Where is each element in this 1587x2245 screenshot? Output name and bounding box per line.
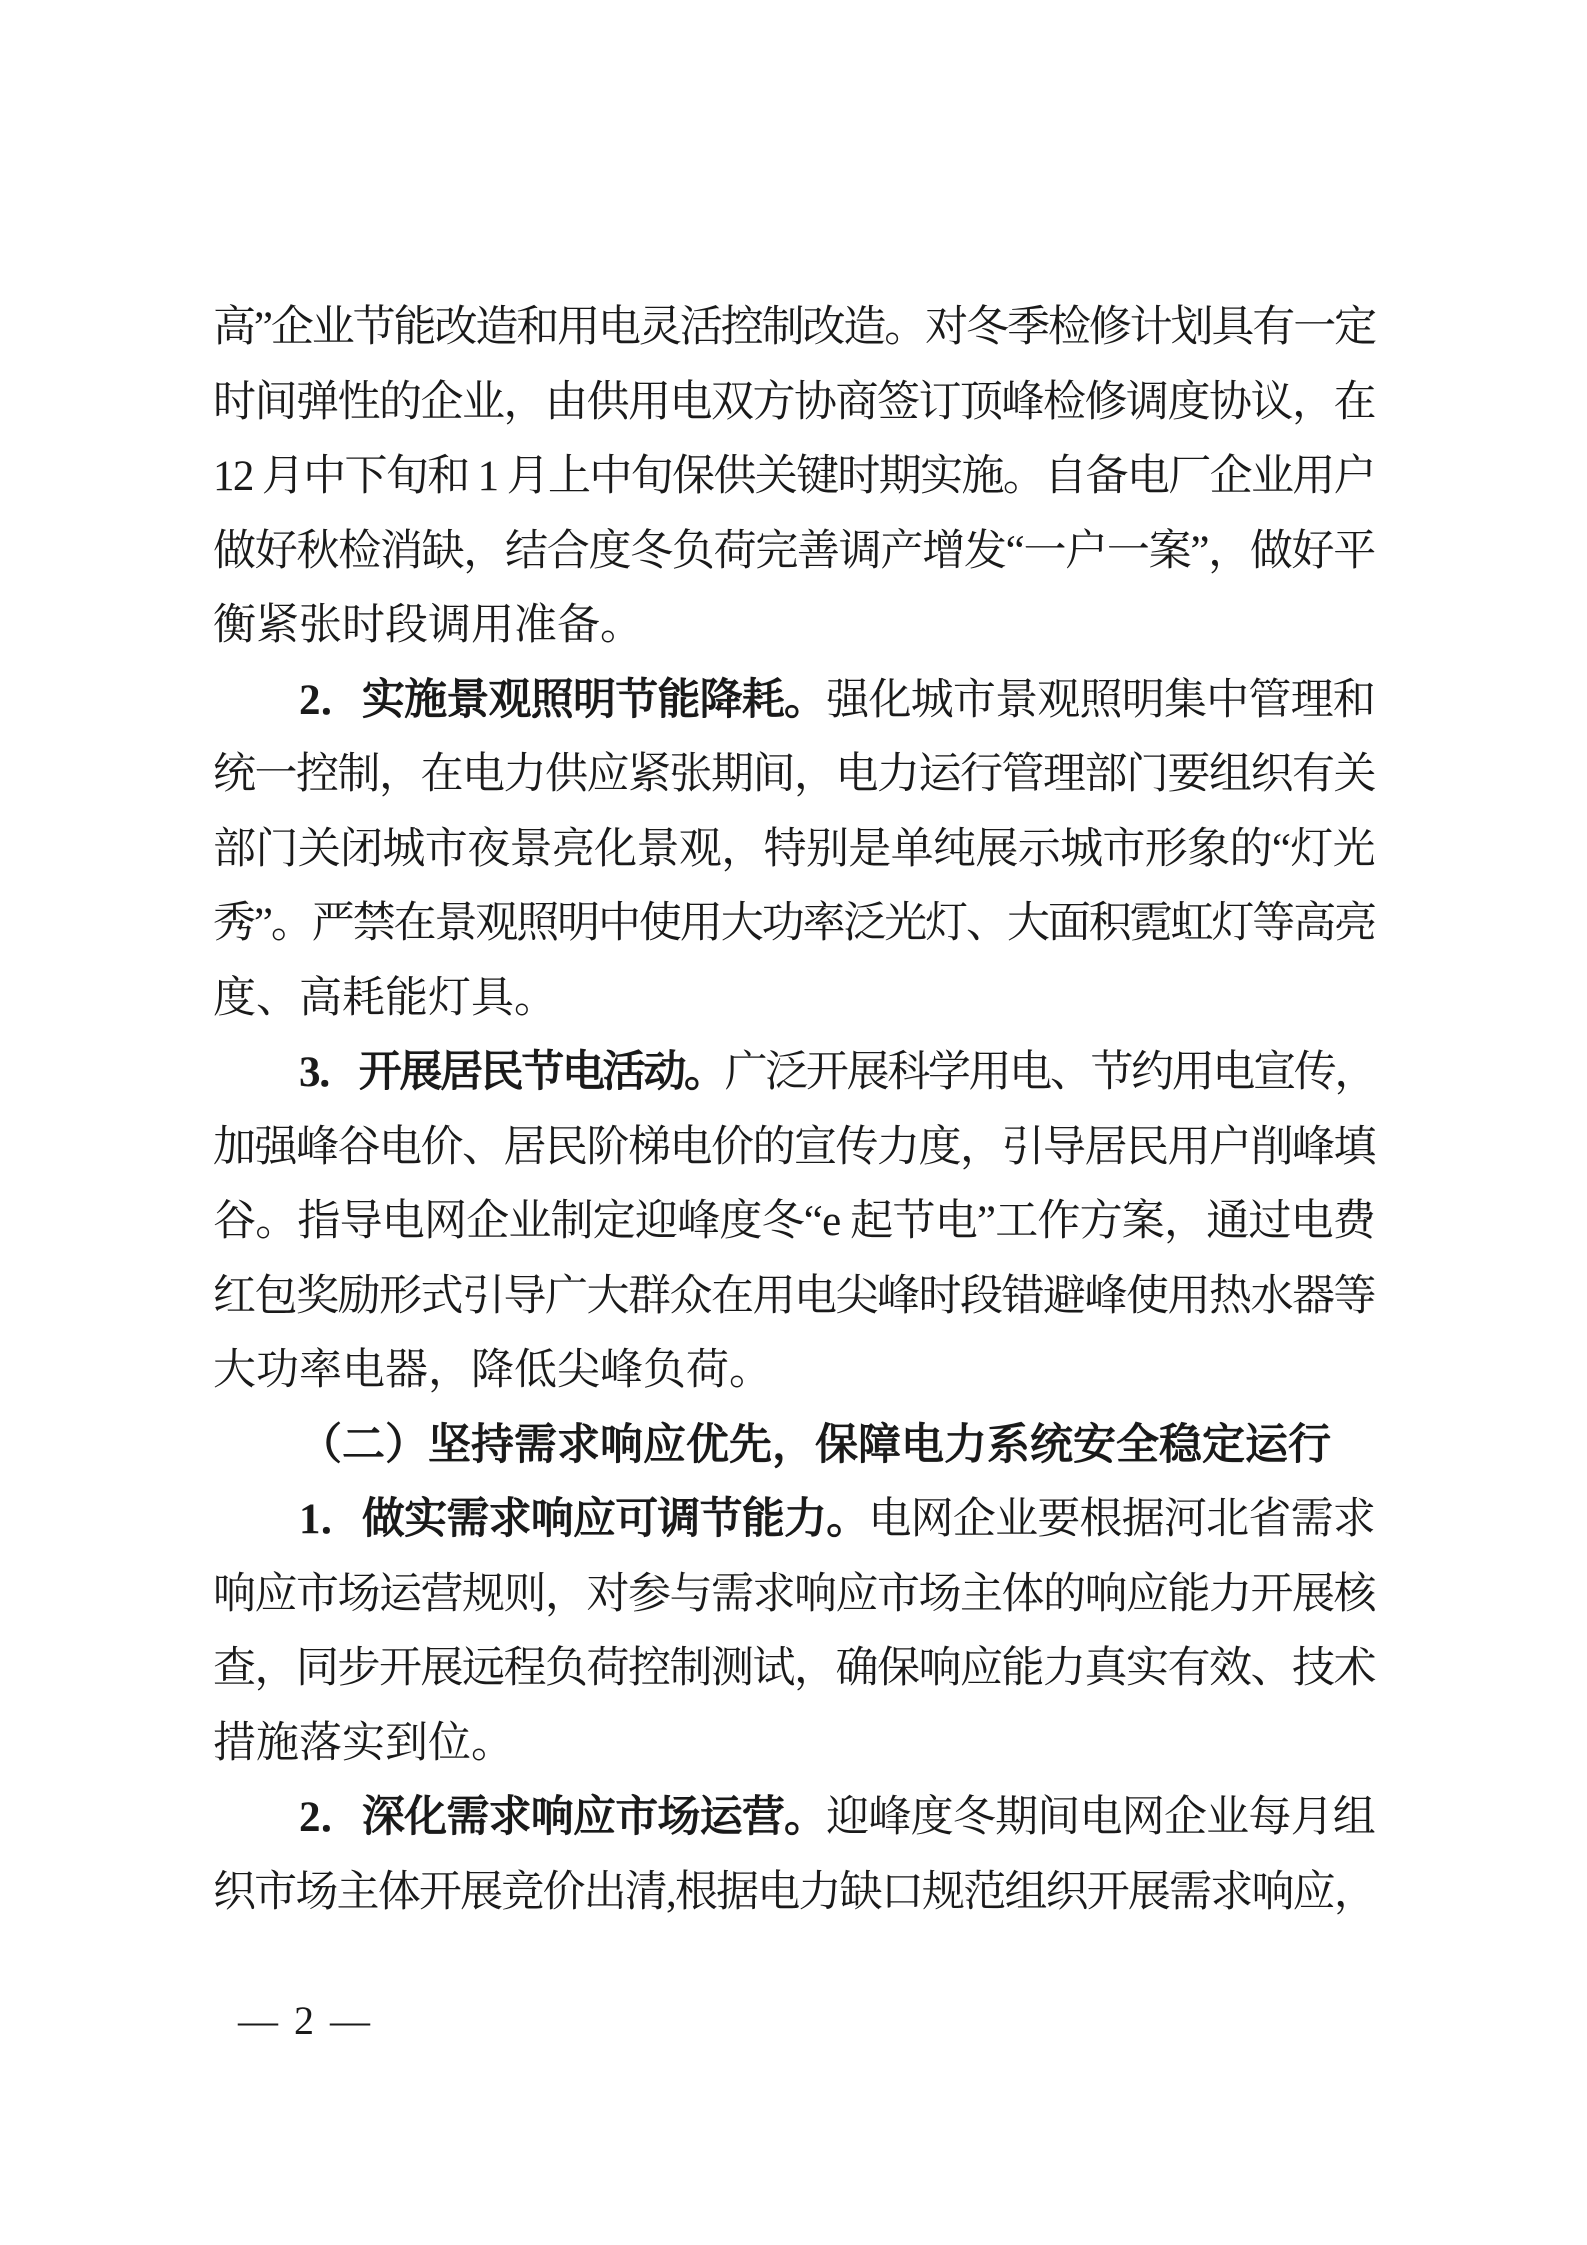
text-line-content: 秀”。严禁在景观照明中使用大功率泛光灯、大面积霓虹灯等高亮 bbox=[213, 887, 1375, 962]
paragraph: 3．开展居民节电活动。广泛开展科学用电、节约用电宣传，加强峰谷电价、居民阶梯电价… bbox=[213, 1036, 1375, 1409]
text-line-content: 2．实施景观照明节能降耗。强化城市景观照明集中管理和 bbox=[213, 664, 1375, 739]
text-line: 加强峰谷电价、居民阶梯电价的宣传力度，引导居民用户削峰填 bbox=[213, 1111, 1375, 1186]
text-run: 红包奖励形式引导广大群众在用电尖峰时段错避峰使用热水器等 bbox=[213, 1273, 1375, 1320]
text-line-content: 加强峰谷电价、居民阶梯电价的宣传力度，引导居民用户削峰填 bbox=[213, 1111, 1375, 1186]
text-run: 织市场主体开展竞价出清,根据电力缺口规范组织开展需求响应， bbox=[213, 1869, 1375, 1916]
text-line: 3．开展居民节电活动。广泛开展科学用电、节约用电宣传， bbox=[213, 1036, 1375, 1111]
text-run: 加强峰谷电价、居民阶梯电价的宣传力度，引导居民用户削峰填 bbox=[213, 1124, 1375, 1171]
text-line: 时间弹性的企业，由供用电双方协商签订顶峰检修调度协议，在 bbox=[213, 366, 1375, 441]
text-line: 响应市场运营规则，对参与需求响应市场主体的响应能力开展核 bbox=[213, 1558, 1375, 1633]
text-run: 统一控制，在电力供应紧张期间，电力运行管理部门要组织有关 bbox=[213, 751, 1375, 798]
text-line-content: 衡紧张时段调用准备。 bbox=[213, 589, 643, 664]
page-number: — 2 — bbox=[238, 1997, 373, 2044]
text-line: 部门关闭城市夜景亮化景观，特别是单纯展示城市形象的“灯光 bbox=[213, 813, 1375, 888]
text-run: 高”企业节能改造和用电灵活控制改造。对冬季检修计划具有一定 bbox=[213, 304, 1375, 351]
text-line-content: 12 月中下旬和 1 月上中旬保供关键时期实施。自备电厂企业用户 bbox=[213, 440, 1375, 515]
text-line-content: 高”企业节能改造和用电灵活控制改造。对冬季检修计划具有一定 bbox=[213, 291, 1375, 366]
document-body: 高”企业节能改造和用电灵活控制改造。对冬季检修计划具有一定时间弹性的企业，由供用… bbox=[213, 291, 1375, 1930]
text-run: 秀”。严禁在景观照明中使用大功率泛光灯、大面积霓虹灯等高亮 bbox=[213, 900, 1375, 947]
text-run: 部门关闭城市夜景亮化景观，特别是单纯展示城市形象的“灯光 bbox=[213, 826, 1375, 873]
text-run: 响应市场运营规则，对参与需求响应市场主体的响应能力开展核 bbox=[213, 1571, 1375, 1618]
text-line: 秀”。严禁在景观照明中使用大功率泛光灯、大面积霓虹灯等高亮 bbox=[213, 887, 1375, 962]
text-line-content: 1．做实需求响应可调节能力。电网企业要根据河北省需求 bbox=[213, 1483, 1375, 1558]
paragraph: 2．实施景观照明节能降耗。强化城市景观照明集中管理和统一控制，在电力供应紧张期间… bbox=[213, 664, 1375, 1037]
text-line-content: 措施落实到位。 bbox=[213, 1707, 514, 1782]
paragraph: 1．做实需求响应可调节能力。电网企业要根据河北省需求响应市场运营规则，对参与需求… bbox=[213, 1483, 1375, 1781]
paragraph: 2．深化需求响应市场运营。迎峰度冬期间电网企业每月组织市场主体开展竞价出清,根据… bbox=[213, 1781, 1375, 1930]
text-line: 大功率电器，降低尖峰负荷。 bbox=[213, 1334, 1375, 1409]
bold-text-run: （二）坚持需求响应优先，保障电力系统安全稳定运行 bbox=[299, 1422, 1331, 1469]
text-run: 度、高耗能灯具。 bbox=[213, 975, 557, 1022]
bold-text-run: 3．开展居民节电活动。 bbox=[299, 1049, 725, 1096]
text-run: 衡紧张时段调用准备。 bbox=[213, 602, 643, 649]
text-line: 度、高耗能灯具。 bbox=[213, 962, 1375, 1037]
text-run: 谷。指导电网企业制定迎峰度冬“e 起节电”工作方案，通过电费 bbox=[213, 1198, 1375, 1245]
text-run: 广泛开展科学用电、节约用电宣传， bbox=[725, 1049, 1375, 1096]
text-line: （二）坚持需求响应优先，保障电力系统安全稳定运行 bbox=[213, 1409, 1375, 1484]
text-run: 迎峰度冬期间电网企业每月组 bbox=[826, 1794, 1375, 1841]
text-line-content: （二）坚持需求响应优先，保障电力系统安全稳定运行 bbox=[213, 1409, 1331, 1484]
text-line-content: 大功率电器，降低尖峰负荷。 bbox=[213, 1334, 772, 1409]
paragraph: 高”企业节能改造和用电灵活控制改造。对冬季检修计划具有一定时间弹性的企业，由供用… bbox=[213, 291, 1375, 664]
text-line: 1．做实需求响应可调节能力。电网企业要根据河北省需求 bbox=[213, 1483, 1375, 1558]
text-line: 做好秋检消缺，结合度冬负荷完善调产增发“一户一案”，做好平 bbox=[213, 515, 1375, 590]
bold-text-run: 2．深化需求响应市场运营。 bbox=[299, 1794, 826, 1841]
text-line: 衡紧张时段调用准备。 bbox=[213, 589, 1375, 664]
text-run: 电网企业要根据河北省需求 bbox=[868, 1496, 1375, 1543]
text-line: 2．实施景观照明节能降耗。强化城市景观照明集中管理和 bbox=[213, 664, 1375, 739]
text-line: 统一控制，在电力供应紧张期间，电力运行管理部门要组织有关 bbox=[213, 738, 1375, 813]
text-run: 大功率电器，降低尖峰负荷。 bbox=[213, 1347, 772, 1394]
bold-text-run: 2．实施景观照明节能降耗。 bbox=[299, 677, 826, 724]
text-line-content: 统一控制，在电力供应紧张期间，电力运行管理部门要组织有关 bbox=[213, 738, 1375, 813]
text-line: 高”企业节能改造和用电灵活控制改造。对冬季检修计划具有一定 bbox=[213, 291, 1375, 366]
text-run: 时间弹性的企业，由供用电双方协商签订顶峰检修调度协议，在 bbox=[213, 379, 1375, 426]
text-line: 2．深化需求响应市场运营。迎峰度冬期间电网企业每月组 bbox=[213, 1781, 1375, 1856]
text-run: 12 月中下旬和 1 月上中旬保供关键时期实施。自备电厂企业用户 bbox=[213, 453, 1375, 500]
section-heading: （二）坚持需求响应优先，保障电力系统安全稳定运行 bbox=[213, 1409, 1375, 1484]
bold-text-run: 1．做实需求响应可调节能力。 bbox=[299, 1496, 868, 1543]
text-line-content: 谷。指导电网企业制定迎峰度冬“e 起节电”工作方案，通过电费 bbox=[213, 1185, 1375, 1260]
text-line: 红包奖励形式引导广大群众在用电尖峰时段错避峰使用热水器等 bbox=[213, 1260, 1375, 1335]
page: 高”企业节能改造和用电灵活控制改造。对冬季检修计划具有一定时间弹性的企业，由供用… bbox=[0, 0, 1587, 2245]
text-line-content: 红包奖励形式引导广大群众在用电尖峰时段错避峰使用热水器等 bbox=[213, 1260, 1375, 1335]
text-line-content: 3．开展居民节电活动。广泛开展科学用电、节约用电宣传， bbox=[213, 1036, 1375, 1111]
text-line: 查，同步开展远程负荷控制测试，确保响应能力真实有效、技术 bbox=[213, 1632, 1375, 1707]
text-line-content: 部门关闭城市夜景亮化景观，特别是单纯展示城市形象的“灯光 bbox=[213, 813, 1375, 888]
text-line-content: 时间弹性的企业，由供用电双方协商签订顶峰检修调度协议，在 bbox=[213, 366, 1375, 441]
text-run: 做好秋检消缺，结合度冬负荷完善调产增发“一户一案”，做好平 bbox=[213, 528, 1375, 575]
text-line: 措施落实到位。 bbox=[213, 1707, 1375, 1782]
text-line-content: 织市场主体开展竞价出清,根据电力缺口规范组织开展需求响应， bbox=[213, 1856, 1375, 1931]
text-line-content: 度、高耗能灯具。 bbox=[213, 962, 557, 1037]
text-line: 12 月中下旬和 1 月上中旬保供关键时期实施。自备电厂企业用户 bbox=[213, 440, 1375, 515]
text-line-content: 做好秋检消缺，结合度冬负荷完善调产增发“一户一案”，做好平 bbox=[213, 515, 1375, 590]
text-line-content: 2．深化需求响应市场运营。迎峰度冬期间电网企业每月组 bbox=[213, 1781, 1375, 1856]
text-line: 谷。指导电网企业制定迎峰度冬“e 起节电”工作方案，通过电费 bbox=[213, 1185, 1375, 1260]
text-run: 强化城市景观照明集中管理和 bbox=[826, 677, 1375, 724]
text-line-content: 查，同步开展远程负荷控制测试，确保响应能力真实有效、技术 bbox=[213, 1632, 1375, 1707]
text-run: 措施落实到位。 bbox=[213, 1720, 514, 1767]
text-line: 织市场主体开展竞价出清,根据电力缺口规范组织开展需求响应， bbox=[213, 1856, 1375, 1931]
text-run: 查，同步开展远程负荷控制测试，确保响应能力真实有效、技术 bbox=[213, 1645, 1375, 1692]
text-line-content: 响应市场运营规则，对参与需求响应市场主体的响应能力开展核 bbox=[213, 1558, 1375, 1633]
